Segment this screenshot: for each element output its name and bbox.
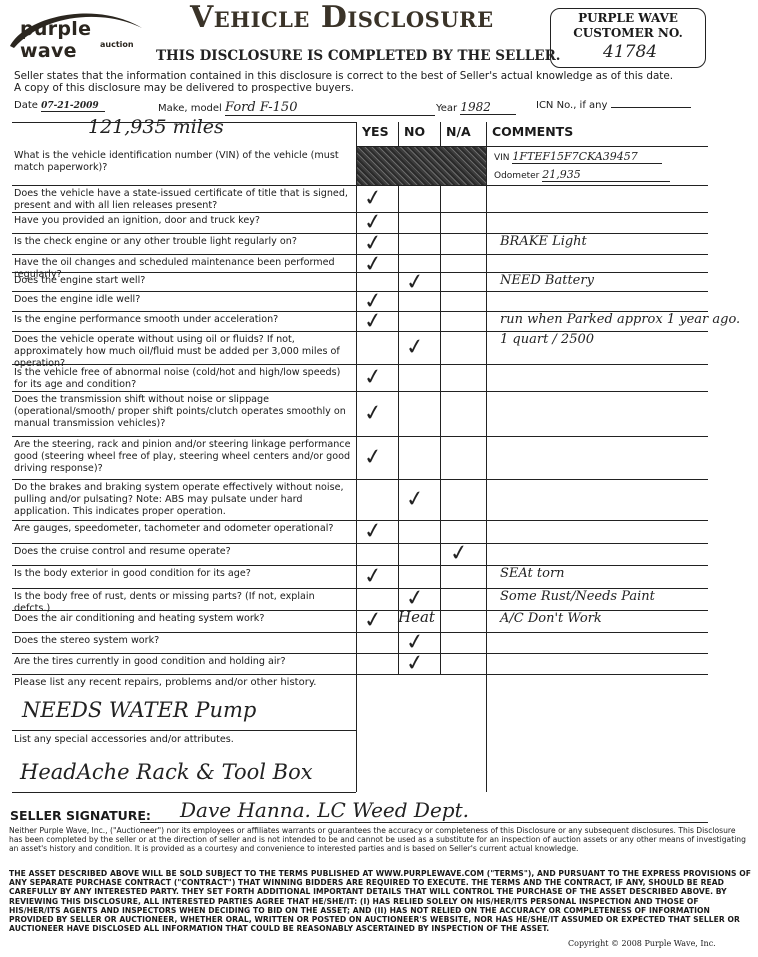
disclaimer-text: Neither Purple Wave, Inc., ("Auctioneer"… [9, 826, 751, 853]
column-divider [356, 674, 357, 792]
odometer-label: Odometer [494, 171, 539, 181]
checkmark-icon[interactable]: ✓ [363, 365, 384, 389]
signature-value[interactable]: Dave Hanna. LC Weed Dept. [180, 798, 469, 822]
comment-text[interactable]: NEED Battery [500, 273, 594, 288]
customer-number[interactable]: 41784 [603, 42, 657, 62]
customer-number-box: PURPLE WAVE CUSTOMER NO. 41784 [550, 8, 706, 68]
column-divider [440, 122, 441, 674]
page-subtitle: THIS DISCLOSURE IS COMPLETED BY THE SELL… [156, 48, 561, 64]
logo-sub: auction [100, 40, 134, 49]
question-text: Does the vehicle have a state-issued cer… [14, 188, 352, 212]
icn-field: ICN No., if any [536, 100, 691, 111]
vin-value[interactable]: 1FTEF15F7CKA39457 [512, 150, 662, 164]
year-value[interactable]: 1982 [460, 100, 516, 115]
no-column-note: Heat [398, 608, 435, 626]
col-na: N/A [446, 124, 471, 139]
column-divider [356, 122, 357, 674]
comment-text[interactable]: SEAt torn [500, 566, 565, 581]
checkmark-icon[interactable]: ✓ [363, 564, 384, 588]
purple-wave-logo: purple wave auction [6, 6, 146, 50]
checkmark-icon[interactable]: ✓ [363, 310, 384, 334]
accessories-value[interactable]: HeadAche Rack & Tool Box [20, 760, 313, 784]
row-divider [12, 565, 708, 566]
row-divider [12, 653, 708, 654]
signature-line [140, 822, 708, 823]
vin-label: VIN [494, 153, 510, 163]
checkmark-icon[interactable]: ✓ [405, 335, 426, 359]
row-divider [12, 792, 356, 793]
copyright: Copyright © 2008 Purple Wave, Inc. [568, 939, 716, 948]
shaded-cells [357, 147, 486, 185]
question-text: Is the check engine or any other trouble… [14, 236, 352, 248]
question-text: Is the engine performance smooth under a… [14, 314, 352, 326]
question-text: Does the transmission shift without nois… [14, 394, 352, 431]
question-text: Are gauges, speedometer, tachometer and … [14, 523, 352, 535]
column-divider [486, 122, 487, 792]
question-text: Is the body exterior in good condition f… [14, 568, 352, 580]
row-divider [12, 730, 356, 731]
icn-value[interactable] [611, 107, 691, 108]
question-text: Does the cruise control and resume opera… [14, 546, 352, 558]
year-field: Year 1982 [436, 100, 516, 115]
history-label: Please list any recent repairs, problems… [14, 677, 317, 689]
comment-text[interactable]: run when Parked approx 1 year ago. [500, 312, 740, 327]
comment-text[interactable]: BRAKE Light [500, 234, 587, 249]
col-comments: COMMENTS [492, 124, 573, 139]
date-value[interactable]: 07-21-2009 [41, 101, 105, 112]
make-model-field: Make, model Ford F-150 [158, 100, 435, 116]
row-divider [12, 254, 708, 255]
accessories-label: List any special accessories and/or attr… [14, 734, 234, 746]
question-text: Do the brakes and braking system operate… [14, 482, 352, 519]
col-no: NO [404, 124, 425, 139]
row-divider [12, 122, 356, 123]
checkmark-icon[interactable]: ✓ [405, 487, 426, 511]
question-text: Have you provided an ignition, door and … [14, 215, 352, 227]
checkmark-icon[interactable]: ✓ [449, 542, 470, 566]
customer-box-line2: CUSTOMER NO. [551, 26, 705, 40]
question-text: Is the body free of rust, dents or missi… [14, 591, 352, 615]
row-divider [12, 632, 708, 633]
checkmark-icon[interactable]: ✓ [363, 445, 384, 469]
row-divider [12, 233, 708, 234]
vin-field: VIN 1FTEF15F7CKA39457 [494, 150, 662, 164]
question-text: Are the steering, rack and pinion and/or… [14, 439, 352, 476]
year-label: Year [436, 103, 457, 114]
checkmark-icon[interactable]: ✓ [363, 609, 384, 633]
terms-text: THE ASSET DESCRIBED ABOVE WILL BE SOLD S… [9, 869, 751, 933]
row-divider [12, 291, 708, 292]
question-text: Does the stereo system work? [14, 635, 352, 647]
comment-text[interactable]: Some Rust/Needs Paint [500, 589, 655, 604]
odometer-field: Odometer 21,935 [494, 168, 670, 182]
signature-label: SELLER SIGNATURE: [10, 808, 151, 823]
question-text: Does the engine start well? [14, 275, 352, 287]
row-divider [12, 185, 708, 186]
customer-box-line1: PURPLE WAVE [551, 11, 705, 25]
row-divider [12, 543, 708, 544]
odometer-value[interactable]: 21,935 [542, 168, 670, 182]
column-divider [398, 122, 399, 674]
comment-text[interactable]: A/C Don't Work [500, 611, 602, 626]
question-text: Are the tires currently in good conditio… [14, 656, 352, 668]
question-text: Is the vehicle free of abnormal noise (c… [14, 367, 352, 391]
question-text: Does the vehicle operate without using o… [14, 334, 352, 371]
intro-line-2: A copy of this disclosure may be deliver… [14, 82, 354, 94]
history-value[interactable]: NEEDS WATER Pump [22, 698, 256, 722]
comment-text[interactable]: 1 quart / 2500 [500, 332, 594, 347]
col-yes: YES [362, 124, 389, 139]
checkmark-icon[interactable]: ✓ [363, 401, 384, 425]
checkmark-icon[interactable]: ✓ [363, 253, 384, 277]
checkmark-icon[interactable]: ✓ [405, 652, 426, 676]
page-title: Vehicle Disclosure [190, 0, 494, 35]
row-divider [12, 331, 708, 332]
row-divider [12, 436, 708, 437]
question-text: Does the engine idle well? [14, 294, 352, 306]
mileage-note: 121,935 miles [88, 116, 224, 138]
intro-line-1: Seller states that the information conta… [14, 70, 673, 82]
date-label: Date [14, 100, 38, 111]
question-text: What is the vehicle identification numbe… [14, 150, 352, 174]
make-label: Make, model [158, 103, 222, 114]
checkmark-icon[interactable]: ✓ [405, 271, 426, 295]
date-field: Date 07-21-2009 [14, 100, 105, 112]
row-divider [12, 674, 708, 675]
checkmark-icon[interactable]: ✓ [363, 519, 384, 543]
row-divider [12, 520, 708, 521]
row-divider [12, 479, 708, 480]
question-text: Does the air conditioning and heating sy… [14, 613, 352, 625]
icn-label: ICN No., if any [536, 100, 607, 111]
make-value[interactable]: Ford F-150 [225, 100, 435, 116]
checkmark-icon[interactable]: ✓ [363, 186, 384, 210]
